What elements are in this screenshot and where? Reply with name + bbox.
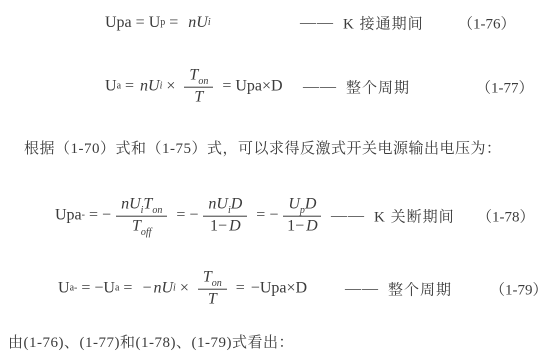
minus-sign: −: [251, 280, 260, 298]
math-token: U: [58, 280, 70, 298]
times-sign: ×: [180, 280, 189, 298]
eq78-formula: Upa-=− nUiTon Toff =− nUiD 1−D =− UpD 1−…: [55, 197, 326, 236]
math-token: T: [132, 218, 141, 235]
math-token: T: [189, 67, 198, 84]
equation-row-1-76: Upa=Up=nUi ——K 接通期间 （1-76）: [0, 8, 554, 38]
comment-label: K 关断期间: [374, 206, 455, 227]
fraction-nuid-over-1md: nUiD 1−D: [203, 197, 247, 236]
subscript: on: [212, 278, 222, 289]
math-token: nU: [188, 14, 208, 32]
fraction-ton-over-t: Ton T: [184, 68, 213, 107]
math-token: T: [194, 89, 203, 106]
comment-label: 整个周期: [388, 279, 452, 300]
paragraph-conclusion: 由(1-76)、(1-77)和(1-78)、(1-79)式看出：: [8, 331, 294, 352]
equation-row-1-77: Ua=nUi× Ton T =Upa×D ——整个周期 （1-77）: [0, 58, 554, 116]
fraction-nuiton-over-toff: nUiTon Toff: [116, 197, 167, 236]
math-token: D: [305, 196, 317, 213]
equation-row-1-79: Ua-=−Ua=−nUi× Ton T =−Upa×D ——整个周期 （1-79…: [0, 261, 554, 317]
math-token: D: [306, 218, 318, 235]
equation-number: （1-77）: [476, 77, 534, 98]
math-token: nU: [140, 78, 160, 96]
eq78-comment: ——K 关断期间: [331, 206, 455, 227]
subscript: off: [141, 227, 152, 238]
equals-sign: =: [136, 14, 145, 32]
eq77-comment: ——整个周期: [303, 77, 410, 98]
document-page: Upa=Up=nUi ——K 接通期间 （1-76） Ua=nUi× Ton T…: [0, 0, 554, 364]
minus-sign: −: [94, 280, 103, 298]
subscript: on: [152, 205, 162, 216]
math-token: 1−: [287, 218, 304, 235]
equals-sign: =: [89, 207, 98, 225]
em-dash: ——: [331, 207, 365, 225]
eq79-comment: ——整个周期: [345, 279, 452, 300]
math-token: D: [229, 218, 241, 235]
math-token: Upa: [235, 78, 262, 96]
eq79-formula: Ua-=−Ua=−nUi× Ton T =−Upa×D: [58, 270, 307, 309]
math-token: Upa: [105, 14, 132, 32]
math-token: T: [203, 269, 212, 286]
equation-number: （1-78）: [477, 206, 535, 227]
em-dash: ——: [345, 280, 379, 298]
math-token: nU: [153, 280, 173, 298]
equals-sign: =: [81, 280, 90, 298]
minus-sign: −: [189, 207, 198, 225]
equation-number: （1-79）: [490, 279, 548, 300]
times-sign: ×: [262, 78, 271, 96]
minus-sign: −: [102, 207, 111, 225]
math-token: U: [288, 196, 300, 213]
math-token: U: [103, 280, 115, 298]
equals-sign: =: [125, 78, 134, 96]
math-token: D: [231, 196, 243, 213]
equals-sign: =: [123, 280, 132, 298]
eq76-comment: ——K 接通期间: [300, 13, 424, 34]
em-dash: ——: [303, 78, 337, 96]
equals-sign: =: [169, 14, 178, 32]
subscript: on: [198, 76, 208, 87]
equals-sign: =: [236, 280, 245, 298]
equation-number: （1-76）: [458, 13, 516, 34]
comment-label: K 接通期间: [343, 13, 424, 34]
minus-sign: −: [142, 280, 151, 298]
equals-sign: =: [222, 78, 231, 96]
math-token: T: [143, 196, 152, 213]
equals-sign: =: [256, 207, 265, 225]
comment-label: 整个周期: [346, 77, 410, 98]
math-token: U: [149, 14, 161, 32]
times-sign: ×: [286, 280, 295, 298]
math-token: D: [296, 280, 308, 298]
minus-sign: −: [269, 207, 278, 225]
math-token: nU: [121, 196, 141, 213]
math-token: Upa: [55, 207, 82, 225]
math-token: U: [105, 78, 117, 96]
fraction-ton-over-t: Ton T: [198, 270, 227, 309]
math-token: D: [271, 78, 283, 96]
fraction-upd-over-1md: UpD 1−D: [283, 197, 321, 236]
math-token: 1−: [210, 218, 227, 235]
equals-sign: =: [176, 207, 185, 225]
math-token: nU: [208, 196, 228, 213]
eq77-formula: Ua=nUi× Ton T =Upa×D: [105, 68, 283, 107]
times-sign: ×: [166, 78, 175, 96]
math-token: Upa: [260, 280, 287, 298]
math-token: T: [208, 291, 217, 308]
eq76-formula: Upa=Up=nUi: [105, 14, 211, 32]
paragraph-intro: 根据（1-70）式和（1-75）式，可以求得反激式开关电源输出电压为：: [24, 137, 502, 158]
equation-row-1-78: Upa-=− nUiTon Toff =− nUiD 1−D =− UpD 1−…: [0, 184, 554, 248]
em-dash: ——: [300, 14, 334, 32]
